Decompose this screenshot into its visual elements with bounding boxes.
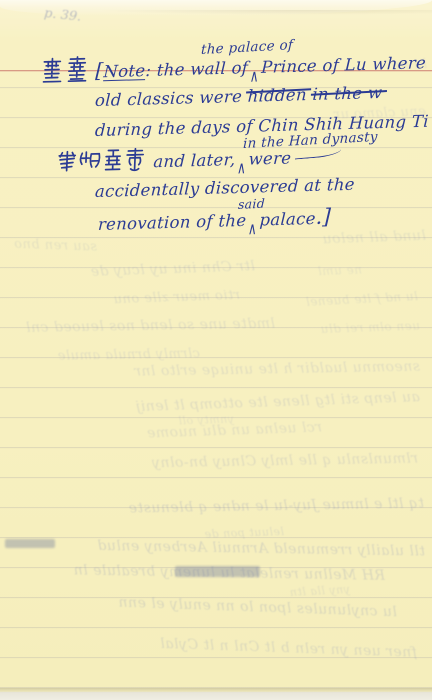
line1-tail: Prince of Lu where [261, 53, 427, 77]
note-label: Note [103, 61, 146, 81]
notebook-paper: p. 39. lu neenu clamo urlund all nelousa… [0, 0, 432, 692]
caret-insertion-mark-2: ∧ [237, 158, 247, 178]
closing-bracket: .] [315, 204, 331, 228]
caret-insertion-mark-3: ∧ [248, 219, 258, 239]
line4-mid: and later, [153, 150, 236, 171]
bleedthrough-line: ne uml [282, 263, 362, 280]
bleedthrough-scribble-patch [5, 539, 55, 548]
note-line-1: [Note: the wall of∧Prince of Lu where [39, 46, 426, 84]
line2-struck-in-the-w: in the w [312, 83, 383, 104]
line4-were: were [248, 148, 292, 168]
trailing-dash-flourish [294, 145, 340, 160]
bleedthrough-scribble-patch [175, 566, 260, 577]
faint-page-number: p. 39. [43, 6, 82, 25]
line6-palace: palace [259, 209, 316, 230]
qin-shi-huang-di-characters [55, 147, 148, 174]
line6-start: renovation of the [98, 211, 247, 234]
line2-struck-hidden: hidden [247, 85, 307, 106]
caret-insertion-mark-1: ∧ [249, 66, 259, 86]
scan-bottom-edge [0, 688, 432, 700]
lu-bi-characters [39, 56, 90, 83]
note-after-label: : the wall of [145, 58, 249, 80]
